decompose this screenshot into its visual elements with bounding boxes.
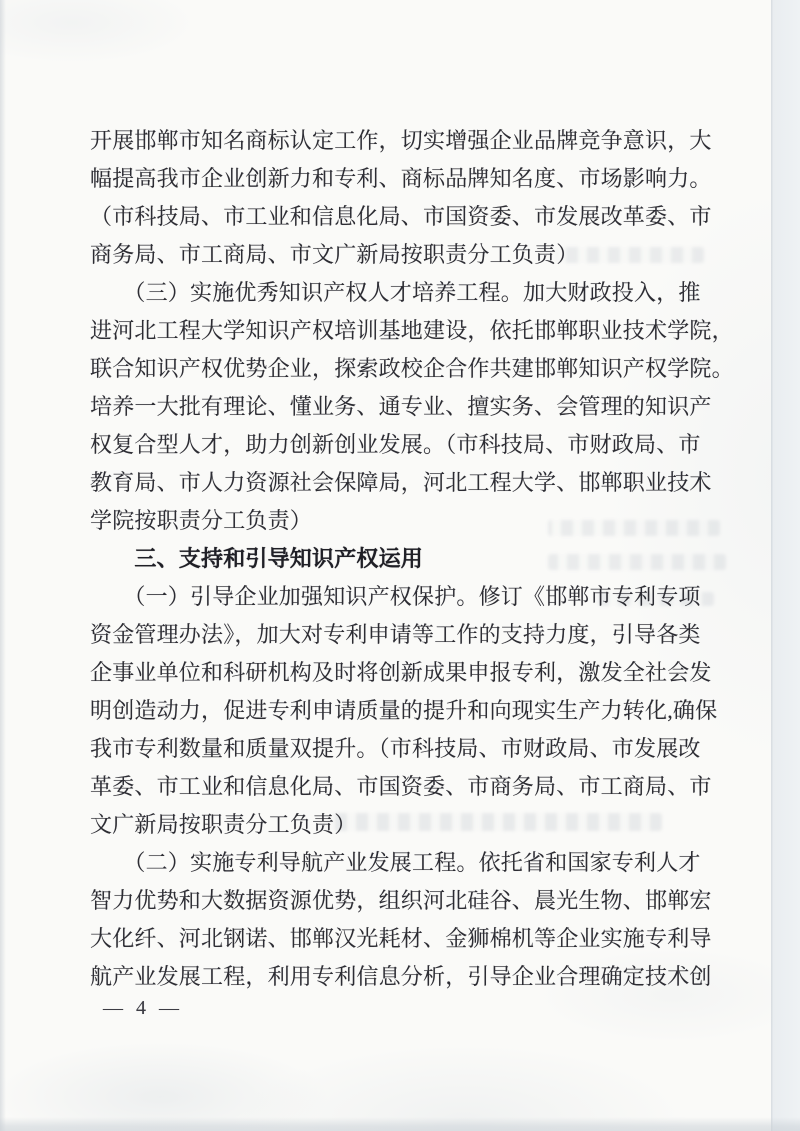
text-line: 商务局、市工商局、市文广新局按职责分工负责） [90,236,714,274]
paragraph: （一）引导企业加强知识产权保护。修订《邯郸市专利专项资金管理办法》，加大对专利申… [90,578,714,844]
page-number: — 4 — [103,995,183,1021]
text-line: 智力优势和大数据资源优势，组织河北硅谷、晨光生物、邯郸宏 [90,882,714,920]
text-line: 资金管理办法》，加大对专利申请等工作的支持力度，引导各类 [90,616,714,654]
text-line: （一）引导企业加强知识产权保护。修订《邯郸市专利专项 [90,578,714,616]
text-line: 革委、市工业和信息化局、市国资委、市商务局、市工商局、市 [90,768,714,806]
section-heading: 三、支持和引导知识产权运用 [90,540,714,578]
text-line: （二）实施专利导航产业发展工程。依托省和国家专利人才 [90,844,714,882]
text-line: 学院按职责分工负责） [90,502,714,540]
paragraph: （二）实施专利导航产业发展工程。依托省和国家专利人才智力优势和大数据资源优势，组… [90,844,714,996]
text-line: 明创造动力，促进专利申请质量的提升和向现实生产力转化,确保 [90,692,714,730]
text-line: 开展邯郸市知名商标认定工作，切实增强企业品牌竞争意识，大 [90,122,714,160]
document-body: 开展邯郸市知名商标认定工作，切实增强企业品牌竞争意识，大幅提高我市企业创新力和专… [90,122,714,996]
scanned-page: 开展邯郸市知名商标认定工作，切实增强企业品牌竞争意识，大幅提高我市企业创新力和专… [0,0,800,1131]
text-line: 文广新局按职责分工负责） [90,806,714,844]
text-line: 进河北工程大学知识产权培训基地建设，依托邯郸职业技术学院， [90,312,714,350]
text-line: （三）实施优秀知识产权人才培养工程。加大财政投入，推 [90,274,714,312]
text-line: 我市专利数量和质量双提升。（市科技局、市财政局、市发展改 [90,730,714,768]
paragraph: （三）实施优秀知识产权人才培养工程。加大财政投入，推进河北工程大学知识产权培训基… [90,274,714,540]
left-edge-shadow [0,0,6,1131]
text-line: 幅提高我市企业创新力和专利、商标品牌知名度、市场影响力。 [90,160,714,198]
text-line: （市科技局、市工业和信息化局、市国资委、市发展改革委、市 [90,198,714,236]
text-line: 航产业发展工程，利用专利信息分析，引导企业合理确定技术创 [90,958,714,996]
text-line: 企事业单位和科研机构及时将创新成果申报专利，激发全社会发 [90,654,714,692]
right-edge-shadow [771,0,800,1131]
text-line: 联合知识产权优势企业，探索政校企合作共建邯郸知识产权学院。 [90,350,714,388]
text-line: 权复合型人才，助力创新创业发展。（市科技局、市财政局、市 [90,426,714,464]
text-line: 三、支持和引导知识产权运用 [90,540,714,578]
text-line: 大化纤、河北钢诺、邯郸汉光耗材、金狮棉机等企业实施专利导 [90,920,714,958]
text-line: 教育局、市人力资源社会保障局，河北工程大学、邯郸职业技术 [90,464,714,502]
paragraph: 开展邯郸市知名商标认定工作，切实增强企业品牌竞争意识，大幅提高我市企业创新力和专… [90,122,714,274]
text-line: 培养一大批有理论、懂业务、通专业、擅实务、会管理的知识产 [90,388,714,426]
bottom-edge-shadow [0,1117,800,1131]
